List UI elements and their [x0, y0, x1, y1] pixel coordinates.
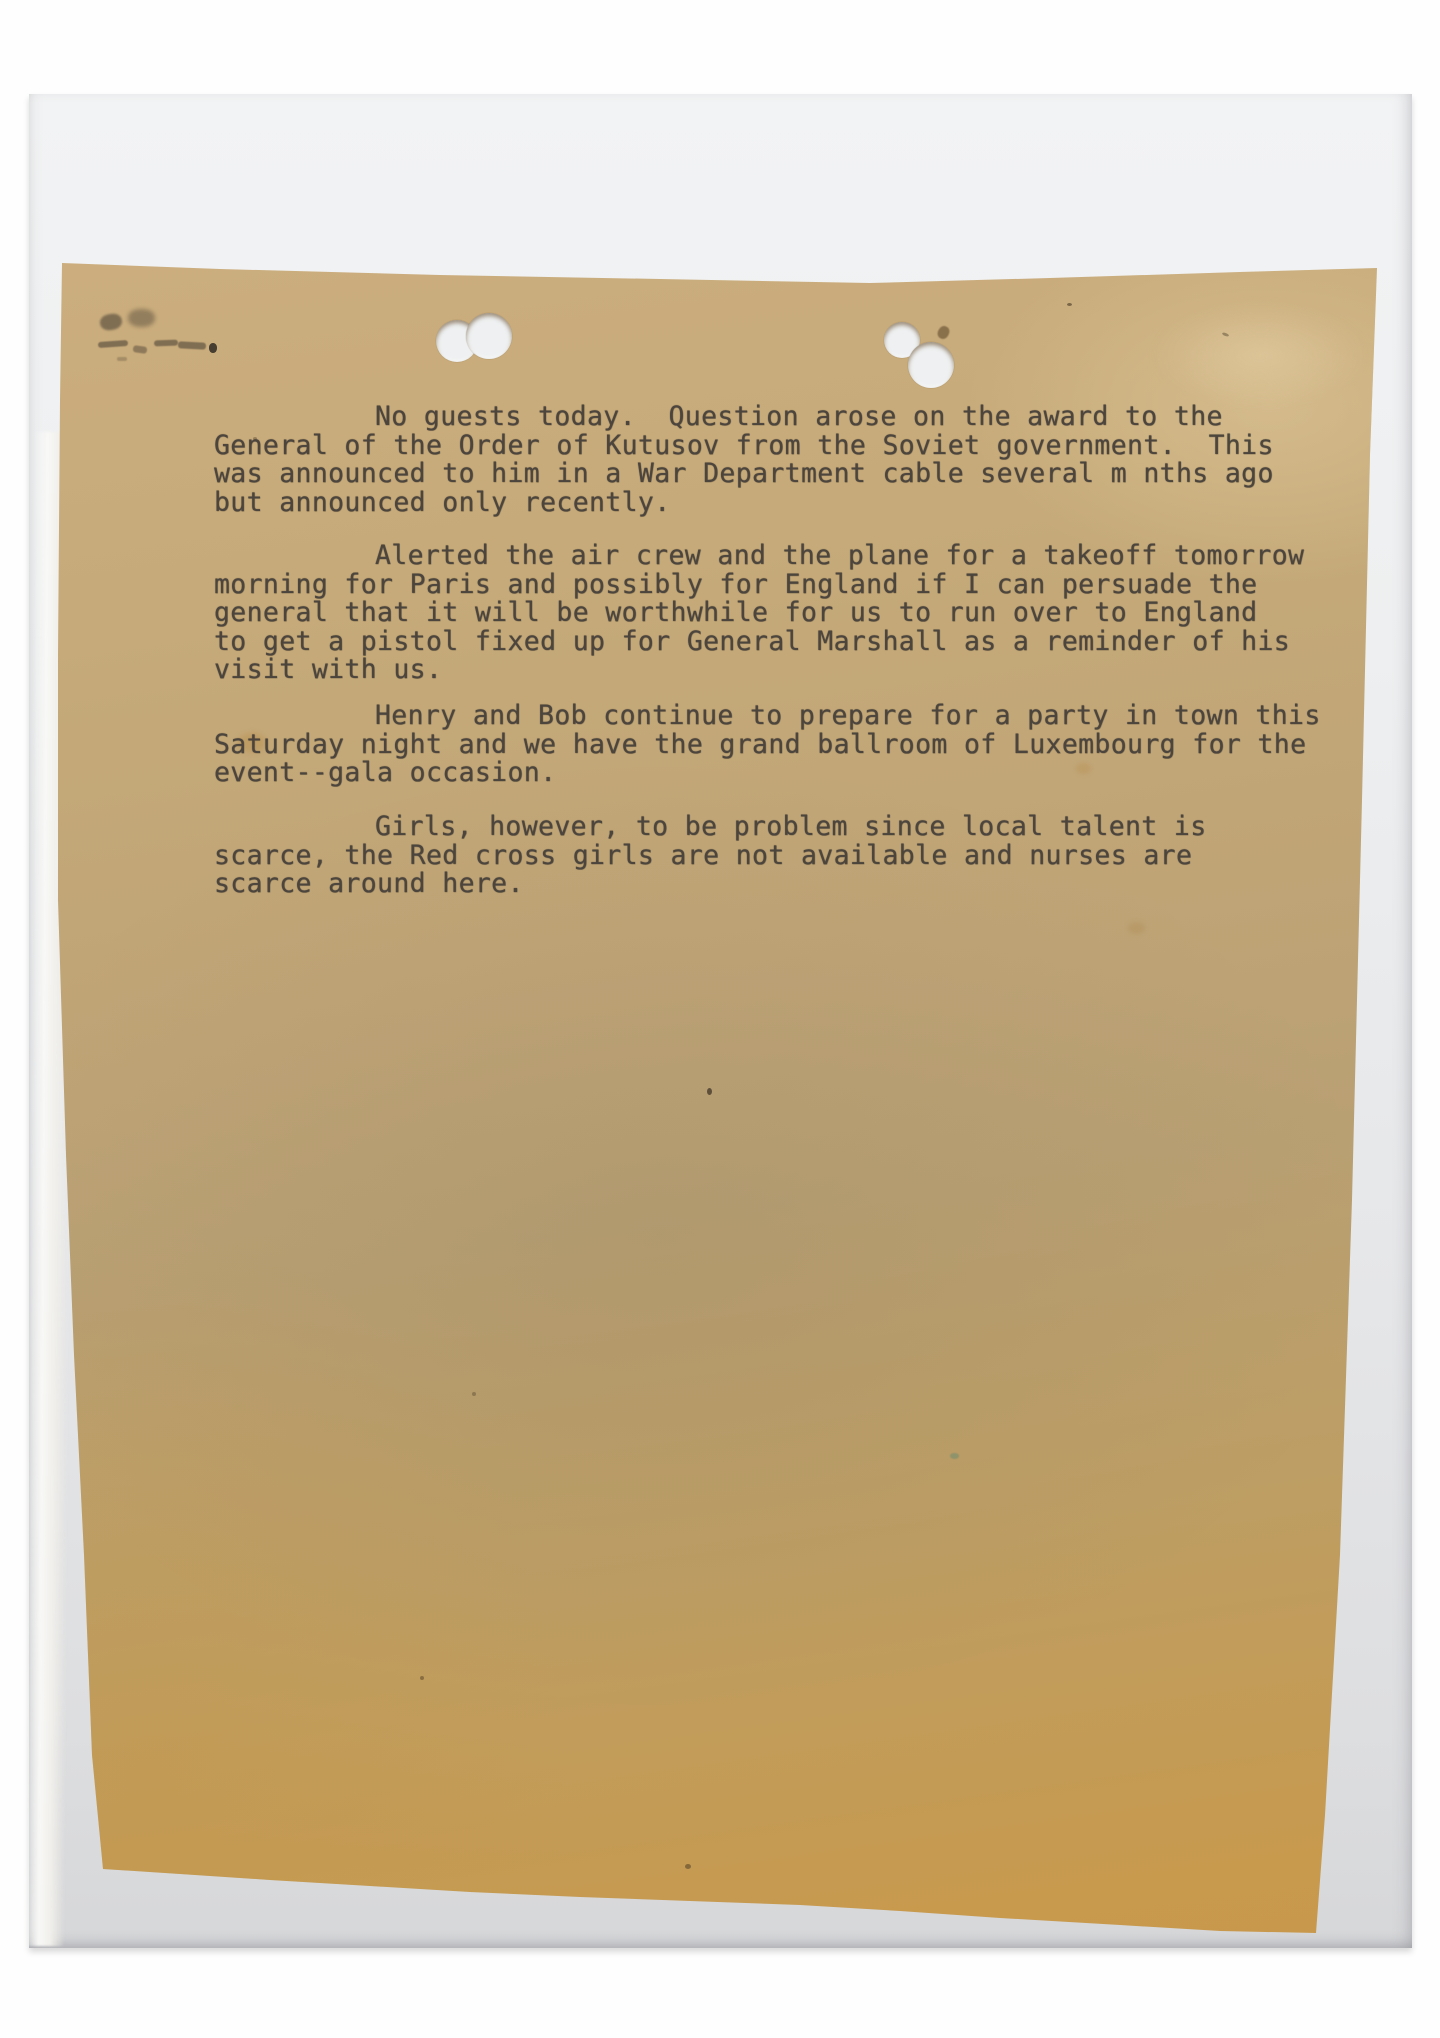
typewritten-line: was announced to him in a War Department…	[214, 460, 1274, 489]
typewritten-line: scarce around here.	[214, 870, 1207, 899]
typewritten-text: No guests today. Question arose on the a…	[0, 0, 1440, 2038]
typewritten-line: No guests today. Question arose on the a…	[214, 403, 1274, 432]
typewritten-line: event--gala occasion.	[214, 759, 1321, 788]
typewritten-line: visit with us.	[214, 656, 1304, 685]
typewritten-line: to get a pistol fixed up for General Mar…	[214, 628, 1304, 657]
typewritten-line: Henry and Bob continue to prepare for a …	[214, 702, 1321, 731]
paragraph-air-crew: Alerted the air crew and the plane for a…	[214, 542, 1304, 685]
typewritten-line: morning for Paris and possibly for Engla…	[214, 571, 1304, 600]
scan-page: No guests today. Question arose on the a…	[0, 0, 1440, 2038]
paragraph-party: Henry and Bob continue to prepare for a …	[214, 702, 1321, 788]
paragraph-no-guests: No guests today. Question arose on the a…	[214, 403, 1274, 517]
typewritten-line: Saturday night and we have the grand bal…	[214, 731, 1321, 760]
paragraph-girls: Girls, however, to be problem since loca…	[214, 813, 1207, 899]
typewritten-line: Alerted the air crew and the plane for a…	[214, 542, 1304, 571]
typewritten-line: general that it will be worthwhile for u…	[214, 599, 1304, 628]
typewritten-line: but announced only recently.	[214, 489, 1274, 518]
typewritten-line: General of the Order of Kutusov from the…	[214, 432, 1274, 461]
typewritten-line: Girls, however, to be problem since loca…	[214, 813, 1207, 842]
typewritten-line: scarce, the Red cross girls are not avai…	[214, 842, 1207, 871]
